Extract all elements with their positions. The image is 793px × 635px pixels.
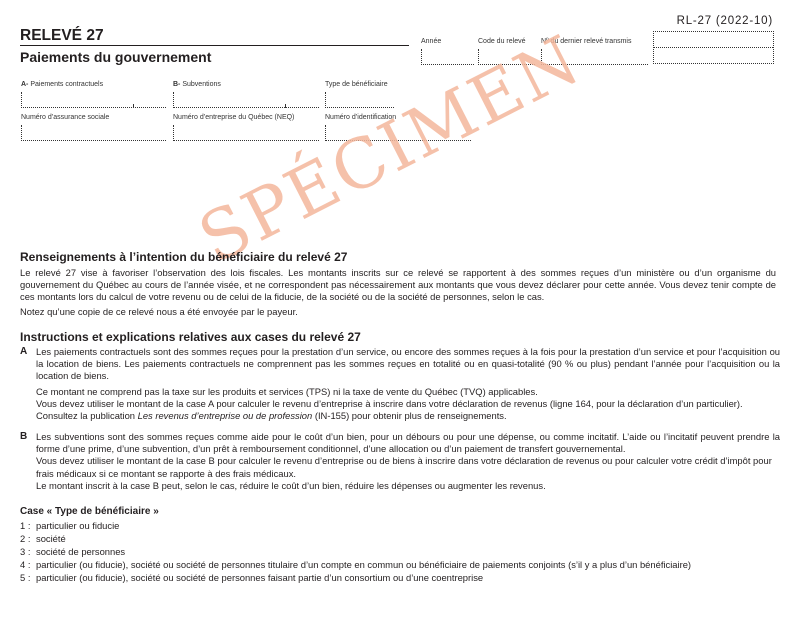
list-item-text: particulier (ou fiducie), société ou soc… bbox=[36, 559, 691, 570]
list-item-number: 2 : bbox=[20, 532, 36, 545]
releve-number-box[interactable] bbox=[653, 31, 774, 64]
info-paragraph-1: Le relevé 27 vise à favoriser l’observat… bbox=[20, 267, 776, 304]
list-item-text: société de personnes bbox=[36, 546, 125, 557]
decimal-marker bbox=[285, 104, 286, 108]
case-b-label: B- Subventions bbox=[173, 81, 221, 88]
num-identification-label: Numéro d’identification bbox=[325, 114, 396, 121]
neq-field[interactable] bbox=[173, 125, 319, 141]
case-a-paragraph-2: Ce montant ne comprend pas la taxe sur l… bbox=[36, 386, 780, 398]
instructions-heading: Instructions et explications relatives a… bbox=[20, 330, 361, 344]
list-item-text: particulier ou fiducie bbox=[36, 520, 119, 531]
case-a-paragraph-1: Les paiements contractuels sont des somm… bbox=[36, 346, 780, 383]
case-b-field[interactable] bbox=[173, 92, 319, 108]
case-b-instructions: B Les subventions sont des sommes reçues… bbox=[20, 431, 780, 492]
list-item-number: 4 : bbox=[20, 558, 36, 571]
case-a-paragraph-4: Consultez la publication Les revenus d’e… bbox=[36, 410, 780, 422]
info-heading: Renseignements à l’intention du bénéfici… bbox=[20, 250, 347, 264]
case-a-letter: A bbox=[20, 346, 27, 357]
type-beneficiaire-label: Type de bénéficiaire bbox=[325, 81, 388, 88]
list-item: 5 :particulier (ou fiducie), société ou … bbox=[20, 571, 691, 584]
num-identification-field[interactable] bbox=[325, 125, 471, 141]
info-paragraph-2: Notez qu’une copie de ce relevé nous a é… bbox=[20, 306, 776, 318]
case-b-paragraph-2: Vous devez utiliser le montant de la cas… bbox=[36, 455, 780, 479]
nas-label: Numéro d’assurance sociale bbox=[21, 114, 109, 121]
case-a-instructions: A Les paiements contractuels sont des so… bbox=[20, 346, 780, 422]
case-b-paragraph-3: Le montant inscrit à la case B peut, sel… bbox=[36, 480, 780, 492]
info-section: Le relevé 27 vise à favoriser l’observat… bbox=[20, 267, 776, 318]
list-item: 3 :société de personnes bbox=[20, 545, 691, 558]
dernier-releve-label: Nº du dernier relevé transmis bbox=[541, 38, 631, 45]
form-code: RL-27 (2022-10) bbox=[677, 15, 773, 27]
dernier-releve-field[interactable] bbox=[541, 49, 648, 65]
case-a-label: A- Paiements contractuels bbox=[21, 81, 103, 88]
annee-label: Année bbox=[421, 38, 441, 45]
nas-field[interactable] bbox=[21, 125, 166, 141]
beneficiary-types-heading: Case « Type de bénéficiaire » bbox=[20, 506, 159, 517]
code-releve-field[interactable] bbox=[478, 49, 535, 65]
beneficiary-types-list: 1 :particulier ou fiducie2 :société3 :so… bbox=[20, 519, 691, 584]
page-subtitle: Paiements du gouvernement bbox=[20, 49, 211, 65]
code-releve-label: Code du relevé bbox=[478, 38, 525, 45]
publication-title: Les revenus d’entreprise ou de professio… bbox=[138, 410, 313, 421]
list-item: 4 :particulier (ou fiducie), société ou … bbox=[20, 558, 691, 571]
case-a-paragraph-3: Vous devez utiliser le montant de la cas… bbox=[36, 398, 780, 410]
annee-field[interactable] bbox=[421, 49, 474, 65]
list-item-text: société bbox=[36, 533, 66, 544]
releve-number-divider bbox=[654, 47, 773, 48]
type-beneficiaire-field[interactable] bbox=[325, 92, 394, 108]
case-a-field[interactable] bbox=[21, 92, 166, 108]
decimal-marker bbox=[133, 104, 134, 108]
neq-label: Numéro d’entreprise du Québec (NEQ) bbox=[173, 114, 294, 121]
list-item-number: 1 : bbox=[20, 519, 36, 532]
page-title: RELEVÉ 27 bbox=[20, 27, 104, 45]
list-item-number: 5 : bbox=[20, 571, 36, 584]
list-item: 2 :société bbox=[20, 532, 691, 545]
case-b-letter: B bbox=[20, 431, 27, 442]
list-item-number: 3 : bbox=[20, 545, 36, 558]
list-item: 1 :particulier ou fiducie bbox=[20, 519, 691, 532]
title-divider bbox=[20, 45, 409, 46]
case-b-paragraph-1: Les subventions sont des sommes reçues c… bbox=[36, 431, 780, 455]
list-item-text: particulier (ou fiducie), société ou soc… bbox=[36, 572, 483, 583]
